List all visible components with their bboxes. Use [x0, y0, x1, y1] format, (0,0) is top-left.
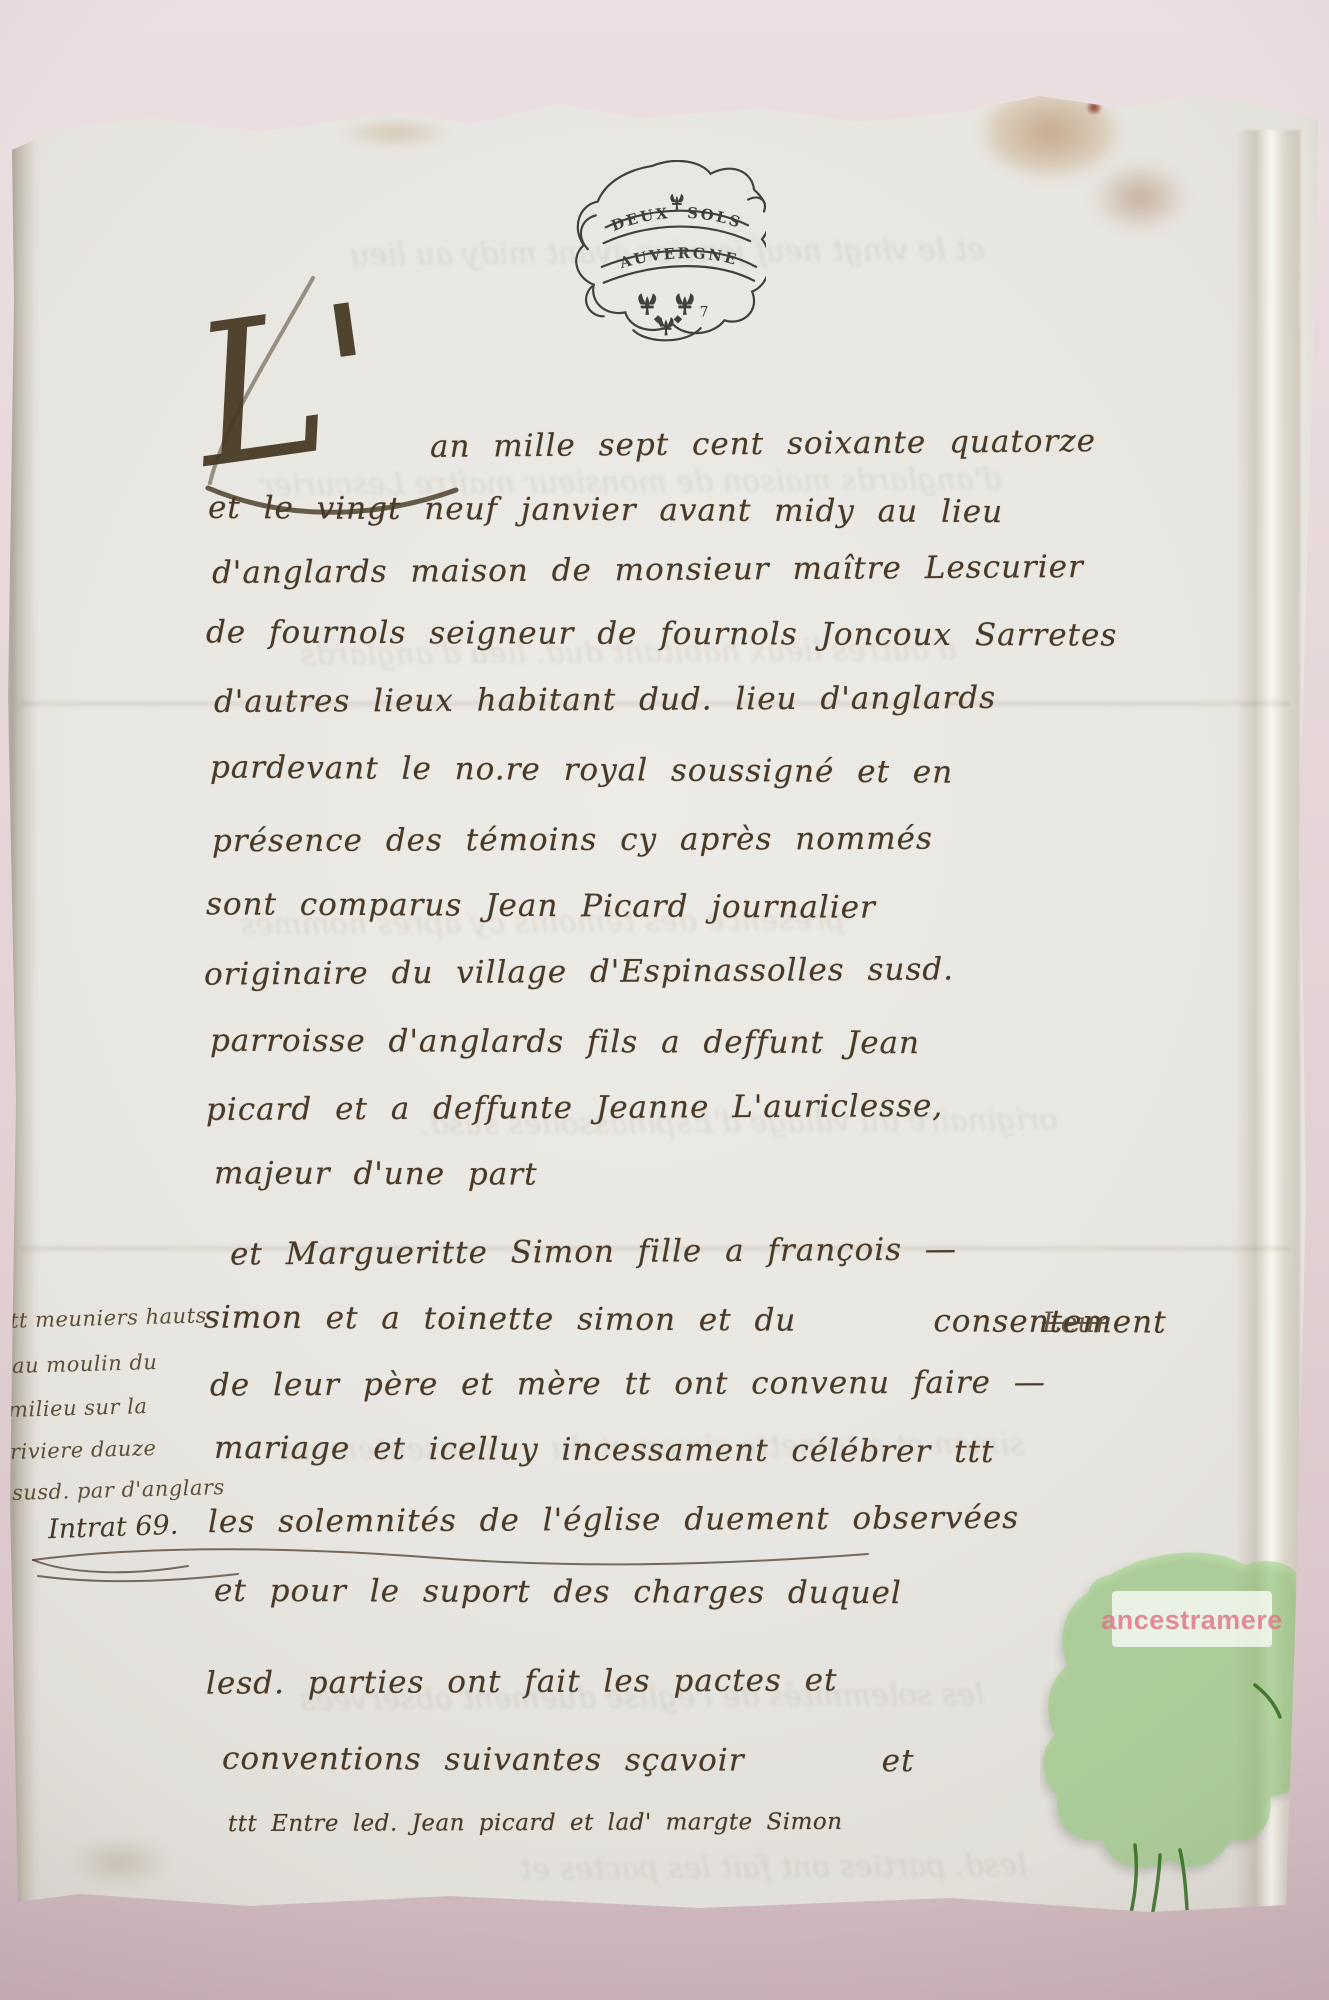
- manuscript-line: sont comparus Jean Picard journalier: [206, 886, 876, 926]
- initial-letter: L': [178, 261, 394, 512]
- manuscript-line: simon et a toinette simon et du consente…: [204, 1299, 1167, 1340]
- manuscript-line: présence des témoins cy après nommés: [212, 821, 933, 860]
- manuscript-page: et le vingt neuf janvier avant midy au l…: [0, 0, 1329, 2000]
- flourish-stroke: [33, 1560, 188, 1572]
- stamp-scroll: [748, 198, 765, 212]
- margin-note-line: susd. par d'anglars: [12, 1475, 225, 1505]
- fleur-de-lis-icon: [638, 293, 656, 315]
- manuscript-line: et le vingt neuf janvier avant midy au l…: [208, 490, 1003, 530]
- stamp-region: AUVERGNE: [617, 245, 740, 272]
- manuscript-line: conventions suivantes sçavoir et: [222, 1741, 915, 1779]
- manuscript-line: d'anglards maison de monsieur maître Les…: [212, 549, 1084, 591]
- fiscal-stamp: DEUX SOLS AUVERGNE 7: [568, 160, 766, 348]
- manuscript-line: picard et a deffunte Jeanne L'auriclesse…: [206, 1088, 943, 1128]
- manuscript-line: lesd. parties ont fait les pactes et: [206, 1662, 838, 1701]
- manuscript-line: originaire du village d'Espinassolles su…: [204, 951, 954, 992]
- bleedthrough-line: lesd. parties ont fait les pactes et: [520, 1848, 1027, 1887]
- manuscript-line: les solemnités de l'église duement obser…: [208, 1500, 1019, 1540]
- paper-stain: [1075, 150, 1205, 245]
- manuscript-line: d'autres lieux habitant dud. lieu d'angl…: [214, 680, 996, 720]
- manuscript-line: pardevant le no.re royal soussigné et en: [210, 749, 953, 790]
- manuscript-line: et Margueritte Simon fille a françois —: [230, 1231, 957, 1272]
- manuscript-line: mariage et icelluy incessament célébrer …: [214, 1430, 995, 1470]
- underline-flourish: [8, 1538, 888, 1598]
- manuscript-line: de leur père et mère tt ont convenu fair…: [210, 1365, 1046, 1404]
- manuscript-line: de fournols seigneur de fournols Joncoux…: [206, 614, 1117, 653]
- margin-note-line: tt meuniers hauts: [10, 1303, 207, 1332]
- stamp-scroll: [581, 215, 596, 249]
- flourish-stroke: [38, 1574, 238, 1581]
- margin-note-line: au moulin du: [12, 1350, 158, 1378]
- margin-note-line: milieu sur la: [8, 1394, 148, 1422]
- stamp-digit: 7: [700, 304, 709, 320]
- manuscript-line: parroisse d'anglards fils a deffunt Jean: [210, 1023, 920, 1061]
- manuscript-line: ttt Entre led. Jean picard et lad' margt…: [228, 1809, 843, 1837]
- flourish-stroke: [33, 1549, 868, 1564]
- stamp-diamond: [674, 315, 682, 323]
- manuscript-line: an mille sept cent soixante quatorze: [430, 423, 1096, 465]
- stamp-scroll: [586, 287, 604, 317]
- paper-stain: [55, 1830, 185, 1894]
- fleur-de-lis-icon: [676, 293, 694, 315]
- struck-word: Leur: [1042, 1306, 1109, 1339]
- manuscript-line: majeur d'une part: [214, 1155, 538, 1192]
- margin-note-line: riviere dauze: [10, 1436, 157, 1464]
- photograph: et le vingt neuf janvier avant midy au l…: [0, 0, 1329, 2000]
- watermark-label: ancestramere: [1101, 1605, 1283, 1635]
